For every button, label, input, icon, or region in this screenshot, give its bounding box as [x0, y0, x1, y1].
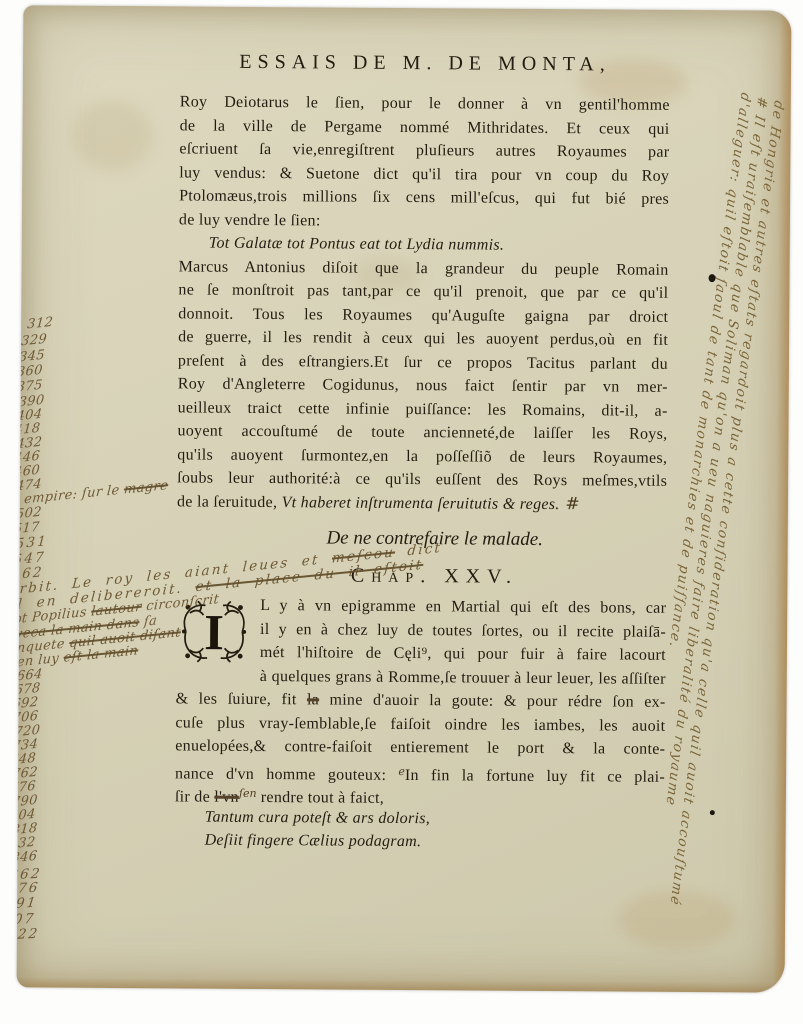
printed-line: Roy d'Angleterre Cogidunus, nous faict ſ… — [178, 372, 668, 399]
struck-through-text: magre — [123, 478, 168, 498]
printed-line: Deſiit fingere Cælius podagram. — [175, 828, 665, 855]
printed-line: Ptolomæus,trois millions ſix cens mill'e… — [179, 184, 669, 211]
marginalia-line: 692 — [17, 695, 39, 713]
marginalia-line: 517 — [17, 520, 41, 538]
text-segment: de luy vendre le ſien: — [179, 211, 321, 229]
running-header: ESSAIS DE M. DE MONTA, — [180, 50, 670, 76]
text-segment: L y à vn epigramme en Martial qui eſt de… — [260, 597, 666, 617]
printed-line: ſoubs leur authorité:à ce qu'ils euſſent… — [177, 466, 667, 493]
marginalia-line: 345 — [18, 348, 45, 366]
marginalia-line: 547 — [17, 549, 47, 568]
text-segment: ſoubs leur authorité:à ce qu'ils euſſent… — [177, 469, 667, 489]
printed-line: à quelques grans à Romme,ſe trouuer à le… — [176, 664, 666, 691]
text-segment: 922 — [17, 926, 41, 944]
text-segment: Ptolomæus,trois millions ſix cens mill'e… — [179, 187, 669, 207]
text-segment: 876 — [17, 880, 41, 898]
marginalia-line: veca la main dans ſa — [17, 613, 158, 642]
printed-line: cuſe plus vray-ſemblable,ſe faiſoit oind… — [175, 711, 665, 738]
text-segment: 404 — [17, 407, 43, 425]
text-segment: de la ſeruitude, — [177, 493, 282, 511]
printed-line: Marcus Antonius diſoit que la grandeur d… — [179, 255, 669, 282]
marginalia-line: 846 — [17, 849, 38, 867]
text-segment: Roy Deiotarus le ſien, pour le donner à … — [180, 93, 670, 113]
printed-line: de luy vendre le ſien: — [179, 208, 669, 235]
text-segment: 891 — [17, 895, 39, 913]
text-segment: 678 — [17, 681, 42, 699]
text-segment: enuelopées,& contre-faiſoit entierement … — [175, 737, 665, 757]
marginalia-line: 460 — [17, 463, 41, 481]
marginalia-line: 790 — [17, 793, 39, 811]
text-segment: 312 — [27, 315, 54, 333]
text-segment: 776 — [17, 779, 37, 797]
printed-line: uoyent accouſtumé de toute ancienneté,de… — [177, 419, 667, 446]
text-segment: 375 — [17, 378, 44, 396]
text-segment: 446 — [17, 449, 41, 467]
printed-line: eſcriuent ſa vie,enregiſtrent pluſieurs … — [179, 137, 669, 164]
text-segment: de guerre, il les rendit à ceux qui les … — [178, 328, 668, 348]
text-segment: 818 — [17, 821, 39, 839]
handwritten-correction: # — [560, 494, 580, 514]
page-deckle-edge — [773, 11, 792, 993]
text-segment: luy vendus: & Suetone dict qu'il tira po… — [179, 164, 669, 184]
text-segment: Vt haberet inſtrumenta ſeruitutis & rege… — [282, 494, 560, 513]
text-segment: nquete — [17, 636, 70, 656]
text-segment: 734 — [17, 737, 39, 755]
decorated-initial: I — [176, 595, 253, 668]
marginalia-line: 832 — [17, 835, 36, 853]
text-segment: 418 — [17, 421, 41, 439]
text-segment: 432 — [17, 435, 43, 453]
text-segment: 474 — [17, 477, 43, 495]
chapter-title: De ne contrefaire le malade. — [190, 527, 680, 552]
book-page: ESSAIS DE M. DE MONTA, Roy Deiotarus le … — [17, 5, 792, 992]
text-segment: & les ſuiure, fit — [176, 690, 307, 708]
text-segment: 790 — [17, 793, 39, 811]
ink-speck — [710, 810, 715, 815]
struck-through-text: eſt la main — [63, 643, 139, 665]
printed-line: Tot Galatæ tot Pontus eat tot Lydia numm… — [179, 231, 669, 258]
right-margin-note-line: de Hongrie et autres eſtats regardoit pl… — [679, 99, 787, 807]
text-segment: il en delibereroit. — [17, 579, 197, 613]
text-segment: Tantum cura poteſt & ars doloris, — [205, 808, 430, 827]
struck-through-text: veca la main dans — [17, 615, 140, 642]
text-segment: Tot Galatæ tot Pontus eat tot Lydia numm… — [209, 235, 505, 254]
right-margin-note-line: # Il eſt uraiſemblable que Soliman qu'on… — [662, 95, 770, 803]
marginalia-line: 446 — [17, 449, 41, 467]
printed-line: luy vendus: & Suetone dict qu'il tira po… — [179, 161, 669, 188]
text-segment: qu'ils auoyent ſurmontez,en la poſſeſſiõ… — [177, 446, 667, 466]
printed-line: ne ſe monſtroit pas tant,par ce qu'il pr… — [178, 278, 668, 305]
marginalia-line: 404 — [17, 407, 43, 425]
text-segment: 390 — [18, 393, 45, 411]
text-segment: 329 — [21, 332, 48, 350]
text-segment: 832 — [17, 835, 36, 853]
marginalia-line: 876 — [17, 880, 41, 898]
text-segment: pt Popilius — [17, 605, 92, 628]
text-segment: 531 — [17, 533, 49, 552]
text-segment: 804 — [17, 807, 37, 825]
marginalia-line: 664 — [17, 667, 44, 685]
marginalia-line: en luy eſt la main — [17, 643, 139, 670]
marginalia-line: 531 — [17, 533, 49, 552]
marginalia-line: 562 — [17, 564, 45, 583]
foxing-stain — [72, 101, 152, 172]
text-segment: ne ſe monſtroit pas tant,par ce qu'il pr… — [178, 281, 668, 301]
text-segment: 460 — [17, 463, 41, 481]
marginalia-line: 706 — [17, 709, 39, 727]
printed-line: donnoit. Tous les Royaumes qu'Auguſte ga… — [178, 302, 668, 329]
printed-line: de guerre, il les rendit à ceux qui les … — [178, 325, 668, 352]
printed-line: ueilleux traict cette infinie puiſſance:… — [178, 396, 668, 423]
text-segment: 748 — [17, 751, 37, 769]
printed-line: qu'ils auoyent ſurmontez,en la poſſeſſiõ… — [177, 443, 667, 470]
text-segment: 862 — [17, 866, 43, 884]
text-segment: mét l'hiſtoire de Cęli⁹, qui pour fuir à… — [260, 644, 666, 664]
marginalia-line: 891 — [17, 895, 39, 913]
printed-line: nance d'vn homme gouteux: eIn fin la for… — [175, 758, 665, 785]
text-segment: preſent à des eſtrangiers.Et ſur ce prop… — [178, 352, 668, 372]
marginalia-line: 734 — [17, 737, 39, 755]
text-segment: ſa — [139, 613, 158, 630]
printed-line: Tantum cura poteſt & ars doloris, — [175, 805, 665, 832]
text-segment: 502 — [17, 505, 43, 523]
text-segment: rendre tout à faict, — [256, 789, 384, 807]
text-segment: 547 — [17, 549, 47, 568]
text-segment: de la ville de Pergame nommé Mithridates… — [180, 117, 670, 137]
marginalia-line: t empire: ſur le magre — [17, 478, 169, 508]
printed-line: ſir de l'vnſen rendre tout à faict, — [175, 781, 665, 808]
text-segment: uoyent accouſtumé de toute ancienneté,de… — [177, 422, 667, 442]
printed-line: de la ville de Pergame nommé Mithridates… — [180, 114, 670, 141]
text-segment: 720 — [17, 723, 41, 741]
text-segment: 562 — [17, 564, 45, 583]
text-segment: 345 — [18, 348, 45, 366]
marginalia-line: 360 — [17, 363, 44, 381]
main-text-block: Roy Deiotarus le ſien, pour le donner à … — [177, 90, 670, 516]
printed-line: preſent à des eſtrangiers.Et ſur ce prop… — [178, 349, 668, 376]
text-segment: ueilleux traict cette infinie puiſſance:… — [178, 399, 668, 419]
marginalia-line: 678 — [17, 681, 42, 699]
text-segment: à quelques grans à Romme,ſe trouuer à le… — [260, 667, 666, 687]
marginalia-line: 776 — [17, 779, 37, 797]
text-segment: en luy — [17, 651, 65, 671]
text-segment: ſir de — [175, 788, 215, 805]
marginalia-line: 418 — [17, 421, 41, 439]
struck-through-text: l'vn — [214, 789, 239, 806]
marginalia-line: 818 — [17, 821, 39, 839]
marginalia-line: 748 — [17, 751, 37, 769]
text-segment: donnoit. Tous les Royaumes qu'Auguſte ga… — [178, 305, 668, 325]
marginalia-line: 390 — [18, 393, 45, 411]
text-segment: In fin la fortune luy fit ce plai- — [405, 767, 665, 786]
printed-line: & les ſuiure, fit la mine d'auoir la gou… — [176, 687, 666, 714]
printed-line: de la ſeruitude, Vt haberet inſtrumenta … — [177, 490, 667, 517]
text-segment: 762 — [17, 765, 39, 783]
marginalia-line: 804 — [17, 807, 37, 825]
struck-through-text: quil auoit diſant — [69, 625, 182, 651]
printed-line: enuelopées,& contre-faiſoit entierement … — [175, 734, 665, 761]
chapter-text-block: I L y à vn epigramme en Martial qui eſt … — [175, 593, 667, 855]
marginalia-line: 312 — [27, 315, 54, 333]
text-segment: t empire: ſur le — [17, 482, 125, 508]
text-segment: mine d'auoir la goute: & pour rédre ſon … — [319, 691, 666, 710]
marginalia-line: 862 — [17, 866, 43, 884]
drop-cap-letter: I — [204, 604, 224, 660]
text-segment: Roy d'Angleterre Cogidunus, nous faict ſ… — [178, 375, 668, 395]
marginalia-line: 922 — [17, 926, 41, 944]
page-bottom-edge — [17, 977, 785, 992]
handwritten-correction: ſen — [239, 787, 257, 800]
text-segment: 517 — [17, 520, 41, 538]
marginalia-line: 375 — [17, 378, 44, 396]
text-segment: il y en à chez luy de toutes ſortes, ou … — [260, 620, 666, 640]
text-segment: 692 — [17, 695, 39, 713]
text-segment: Deſiit fingere Cælius podagram. — [205, 832, 422, 851]
ink-speck — [709, 274, 716, 282]
marginalia-line: 432 — [17, 435, 43, 453]
text-segment: 360 — [17, 363, 44, 381]
marginalia-line: 329 — [21, 332, 48, 350]
text-segment: 706 — [17, 709, 39, 727]
marginalia-line: 502 — [17, 505, 43, 523]
printed-line: Roy Deiotarus le ſien, pour le donner à … — [180, 90, 670, 117]
marginalia-line: 720 — [17, 723, 41, 741]
text-segment: 846 — [17, 849, 38, 867]
text-segment: 664 — [17, 667, 44, 685]
scan-background: { "printed": { "running_header": "ESSAIS… — [0, 0, 803, 1024]
struck-through-text: lautour — [91, 600, 143, 620]
chapter-number: Chap. XXV. — [189, 564, 679, 590]
marginalia-line: nquete quil auoit diſant — [17, 625, 182, 656]
text-segment: 907 — [17, 911, 37, 929]
text-segment: Marcus Antonius diſoit que la grandeur d… — [179, 258, 669, 278]
foxing-stain — [617, 889, 737, 950]
marginalia-line: 907 — [17, 911, 37, 929]
text-segment: cuſe plus vray-ſemblable,ſe faiſoit oind… — [175, 714, 665, 734]
marginalia-line: 474 — [17, 477, 43, 495]
text-segment: eſcriuent ſa vie,enregiſtrent pluſieurs … — [179, 140, 669, 160]
marginalia-line: 762 — [17, 765, 39, 783]
struck-through-text: la — [307, 691, 319, 708]
